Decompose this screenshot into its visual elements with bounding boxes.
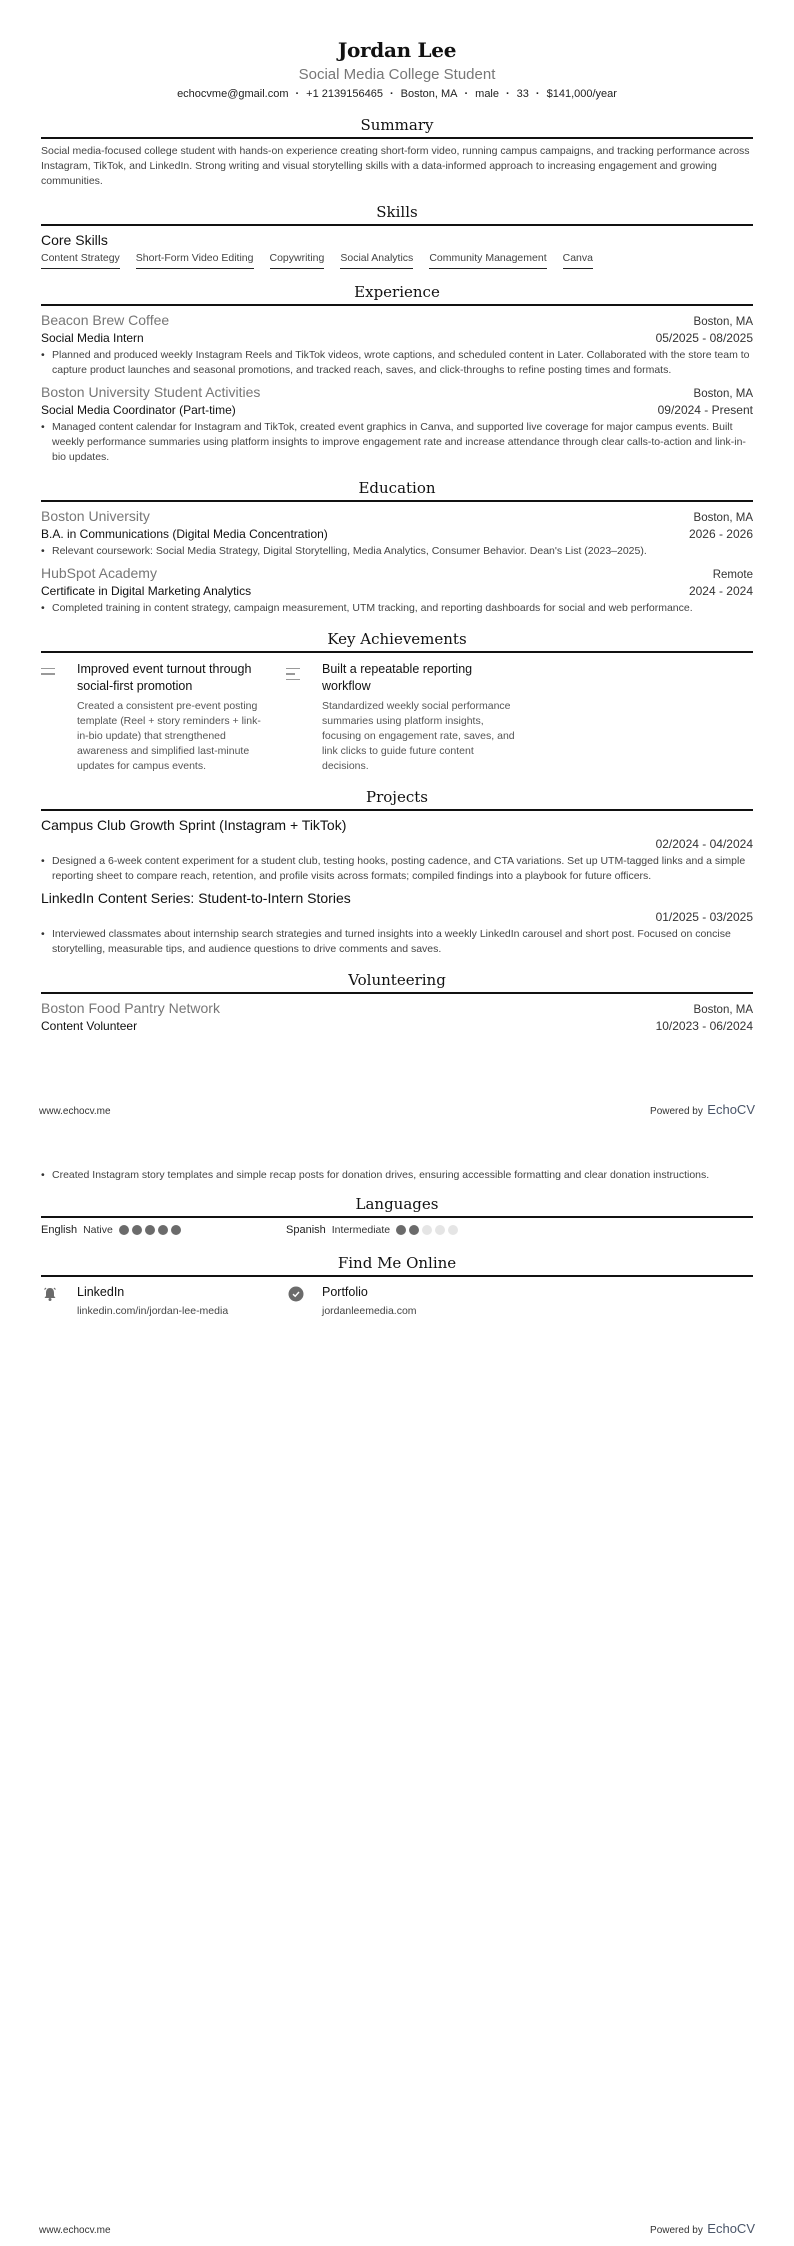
bell-icon [41,1285,77,1317]
achievements-grid: Improved event turnout through social-fi… [41,661,753,774]
contact-age: 33 [517,88,529,100]
language-name: English [41,1224,77,1236]
education-bullet: Completed training in content strategy, … [41,601,753,616]
powered-by[interactable]: Powered by EchoCV [650,2220,755,2238]
skills-list: Content Strategy Short-Form Video Editin… [41,252,753,269]
rating-dot-filled [119,1225,129,1235]
skill-tag: Copywriting [270,252,325,269]
school-name: HubSpot Academy [41,565,157,581]
education-heading: Education [41,479,753,502]
online-profile-linkedin[interactable]: LinkedIn linkedin.com/in/jordan-lee-medi… [41,1285,286,1317]
employer-location: Boston, MA [694,316,753,328]
language-rating [396,1225,458,1235]
online-profile-url[interactable]: linkedin.com/in/jordan-lee-media [77,1305,228,1317]
volunteer-org: Boston Food Pantry Network [41,1000,220,1016]
online-profile-name: Portfolio [322,1285,417,1299]
employer-name: Beacon Brew Coffee [41,312,169,328]
rating-dot-filled [171,1225,181,1235]
school-name: Boston University [41,508,150,524]
align-center-icon [41,661,77,774]
project-entry: Campus Club Growth Sprint (Instagram + T… [41,817,753,884]
projects-heading: Projects [41,788,753,811]
achievements-heading: Key Achievements [41,630,753,653]
project-dates: 02/2024 - 04/2024 [41,837,753,851]
summary-text: Social media-focused college student wit… [41,144,753,189]
volunteering-heading: Volunteering [41,971,753,994]
rating-dot-filled [396,1225,406,1235]
achievement-description: Created a consistent pre-event posting t… [77,699,272,774]
achievement-card: Improved event turnout through social-fi… [41,661,286,774]
skill-tag: Canva [563,252,593,269]
footer-url[interactable]: www.echocv.me [39,2225,111,2236]
degree: B.A. in Communications (Digital Media Co… [41,527,328,541]
check-circle-icon [286,1285,322,1317]
language-level: Intermediate [332,1224,390,1236]
language-rating [119,1225,181,1235]
summary-heading: Summary [41,116,753,139]
rating-dot-filled [132,1225,142,1235]
volunteer-location: Boston, MA [694,1004,753,1016]
footer-url[interactable]: www.echocv.me [39,1106,111,1117]
skill-tag: Content Strategy [41,252,120,269]
contact-phone[interactable]: +1 2139156465 [306,88,383,100]
experience-entry: Beacon Brew Coffee Boston, MA Social Med… [41,312,753,378]
skill-tag: Social Analytics [340,252,413,269]
resume-page-1: Jordan Lee Social Media College Student … [0,0,794,1123]
project-title: Campus Club Growth Sprint (Instagram + T… [41,817,753,833]
online-profile-portfolio[interactable]: Portfolio jordanleemedia.com [286,1285,531,1317]
rating-dot-empty [422,1225,432,1235]
contact-line: echocvme@gmail.com·+1 2139156465·Boston,… [41,88,753,100]
employer-name: Boston University Student Activities [41,384,260,400]
contact-gender: male [475,88,499,100]
candidate-name: Jordan Lee [41,38,753,62]
volunteer-bullet: Created Instagram story templates and si… [41,1168,753,1183]
page-2-content: Created Instagram story templates and si… [41,1165,753,1317]
brand-logo: EchoCV [707,2221,755,2236]
resume-page-2: Created Instagram story templates and si… [0,1123,794,2246]
separator-dot: · [506,88,510,100]
experience-entry: Boston University Student Activities Bos… [41,384,753,465]
volunteer-dates: 10/2023 - 06/2024 [656,1019,753,1033]
language-item: English Native [41,1224,286,1236]
achievement-description: Standardized weekly social performance s… [322,699,517,774]
online-profile-name: LinkedIn [77,1285,228,1299]
online-heading: Find Me Online [41,1254,753,1277]
skills-heading: Skills [41,203,753,226]
skills-group-title: Core Skills [41,232,753,248]
languages-heading: Languages [41,1195,753,1218]
job-dates: 09/2024 - Present [658,403,753,417]
separator-dot: · [296,88,300,100]
achievement-title: Improved event turnout through social-fi… [77,661,272,695]
language-item: Spanish Intermediate [286,1224,531,1236]
language-name: Spanish [286,1224,326,1236]
candidate-title: Social Media College Student [41,66,753,83]
school-location: Boston, MA [694,512,753,524]
powered-by[interactable]: Powered by EchoCV [650,1101,755,1119]
contact-salary: $141,000/year [547,88,617,100]
school-location: Remote [713,569,753,581]
project-bullet: Designed a 6-week content experiment for… [41,854,753,884]
experience-heading: Experience [41,283,753,306]
job-bullet: Planned and produced weekly Instagram Re… [41,348,753,378]
rating-dot-filled [158,1225,168,1235]
online-profiles: LinkedIn linkedin.com/in/jordan-lee-medi… [41,1285,753,1317]
project-dates: 01/2025 - 03/2025 [41,910,753,924]
volunteer-entry: Boston Food Pantry Network Boston, MA Co… [41,1000,753,1033]
page-1-content: Jordan Lee Social Media College Student … [41,0,753,1033]
education-entry: Boston University Boston, MA B.A. in Com… [41,508,753,559]
employer-location: Boston, MA [694,388,753,400]
degree: Certificate in Digital Marketing Analyti… [41,584,251,598]
languages-list: English Native Spanish Intermediate [41,1224,753,1236]
job-bullet: Managed content calendar for Instagram a… [41,420,753,465]
project-title: LinkedIn Content Series: Student-to-Inte… [41,890,753,906]
rating-dot-empty [448,1225,458,1235]
brand-logo: EchoCV [707,1102,755,1117]
education-bullet: Relevant coursework: Social Media Strate… [41,544,753,559]
page-footer: www.echocv.me Powered by EchoCV [39,2220,755,2238]
online-profile-url[interactable]: jordanleemedia.com [322,1305,417,1317]
achievement-title: Built a repeatable reporting workflow [322,661,517,695]
rating-dot-filled [409,1225,419,1235]
contact-email[interactable]: echocvme@gmail.com [177,88,288,100]
separator-dot: · [390,88,394,100]
job-dates: 05/2025 - 08/2025 [656,331,753,345]
volunteer-role: Content Volunteer [41,1019,137,1033]
project-entry: LinkedIn Content Series: Student-to-Inte… [41,890,753,957]
job-role: Social Media Coordinator (Part-time) [41,403,236,417]
education-dates: 2026 - 2026 [689,527,753,541]
rating-dot-filled [145,1225,155,1235]
page-footer: www.echocv.me Powered by EchoCV [39,1101,755,1119]
contact-location: Boston, MA [401,88,458,100]
separator-dot: · [464,88,468,100]
align-left-icon [286,661,322,774]
project-bullet: Interviewed classmates about internship … [41,927,753,957]
skill-tag: Community Management [429,252,546,269]
achievement-card: Built a repeatable reporting workflow St… [286,661,531,774]
skill-tag: Short-Form Video Editing [136,252,254,269]
education-entry: HubSpot Academy Remote Certificate in Di… [41,565,753,616]
rating-dot-empty [435,1225,445,1235]
education-dates: 2024 - 2024 [689,584,753,598]
separator-dot: · [536,88,540,100]
language-level: Native [83,1224,113,1236]
job-role: Social Media Intern [41,331,144,345]
